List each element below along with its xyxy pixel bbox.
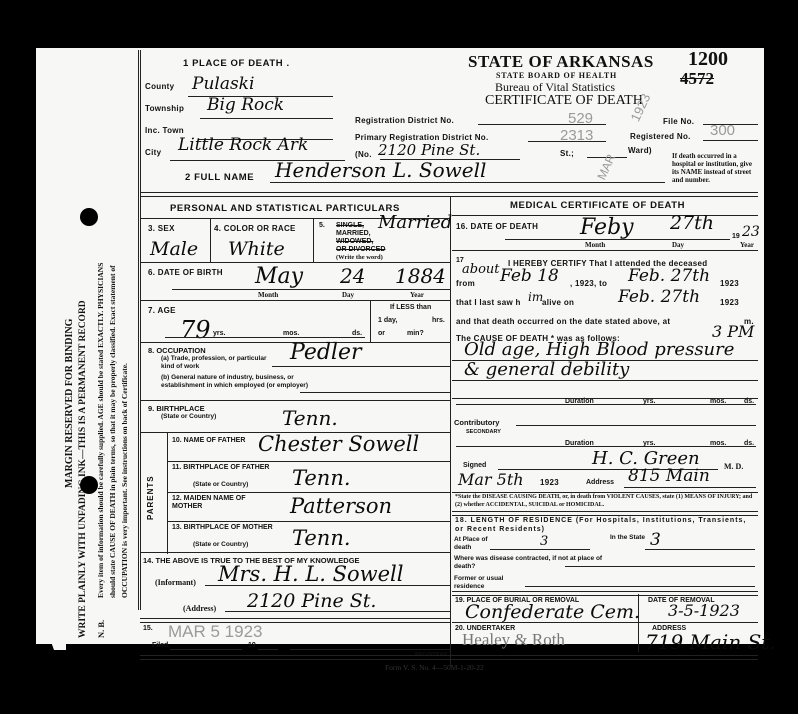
last-saw-pronoun: im <box>528 290 543 304</box>
min-label: min? <box>407 330 424 337</box>
undertaker-address-value: 719 Main St. <box>645 630 776 654</box>
signed-year: 1923 <box>540 478 559 487</box>
mother-name-value: Patterson <box>290 494 392 518</box>
contracted-label: Where was disease contracted, if not at … <box>454 555 604 570</box>
father-birthplace-value: Tenn. <box>292 466 351 490</box>
registration-district-label: Registration District No. <box>355 116 454 125</box>
dod-day: 27th <box>670 212 714 234</box>
filed-stamp: MAR 5 1923 <box>168 622 263 642</box>
father-birthplace-label: 11. BIRTHPLACE OF FATHER <box>172 464 282 472</box>
birthplace-hint: (State or Country) <box>161 413 216 420</box>
or-label: or <box>378 330 385 337</box>
occupation-value: Pedler <box>290 340 362 365</box>
informant-address-label: (Address) <box>183 604 216 613</box>
duration-yrs-2: yrs. <box>643 440 655 447</box>
from-year: , 1923, to <box>570 279 607 288</box>
age-years: 79 <box>180 316 211 344</box>
write-plainly-text: WRITE PLAINLY WITH UNFADING INK—THIS IS … <box>78 300 88 638</box>
death-occurred-text: and that death occurred on the date stat… <box>456 317 670 326</box>
age-yrs-caption: yrs. <box>213 330 225 337</box>
dob-label: 6. DATE OF BIRTH <box>148 268 223 277</box>
marital-widowed: WIDOWED, <box>336 238 373 245</box>
form-number: Form V. S. No. 4—50M-1-20-22 <box>385 663 484 672</box>
to-date: Feb. 27th <box>628 266 710 286</box>
informant-label: (Informant) <box>155 578 196 587</box>
last-saw-text: that I last saw h <box>456 298 521 307</box>
nb-line-3: OCCUPATION is very important. See instru… <box>120 363 129 598</box>
in-state-label: In the State <box>610 534 650 542</box>
father-birthplace-hint: (State or Country) <box>193 481 248 488</box>
duration-ds-2: ds. <box>744 440 754 447</box>
marital-single: SINGLE, <box>336 222 364 229</box>
dod-day-caption: Day <box>672 241 684 249</box>
nb-line-2: should state CAUSE OF DEATH in plain ter… <box>108 265 117 598</box>
signed-date: Mar 5th <box>458 470 524 489</box>
board-of-health: STATE BOARD OF HEALTH <box>496 71 617 80</box>
full-name-value: Henderson L. Sowell <box>275 158 486 182</box>
nb-line-1: Every item of information should be care… <box>96 263 105 598</box>
dob-month-caption: Month <box>258 291 278 299</box>
dob-year: 1884 <box>395 264 446 288</box>
dod-month: Feby <box>580 215 634 240</box>
dod-year-prefix: 19 <box>732 233 740 240</box>
burial-value: Confederate Cem. <box>465 601 640 623</box>
personal-heading: PERSONAL AND STATISTICAL PARTICULARS <box>170 203 400 214</box>
city-value: Little Rock Ark <box>178 135 308 155</box>
last-saw-year: 1923 <box>720 298 739 307</box>
township-label: Township <box>145 104 184 113</box>
undertaker-value: Healey & Roth <box>462 630 565 650</box>
margin-reserved-text: MARGIN RESERVED FOR BINDING <box>64 319 75 488</box>
header-divider <box>140 192 758 197</box>
at-place-mos: 3 <box>540 534 548 549</box>
occupation-label: 8. OCCUPATION <box>148 346 206 355</box>
marital-number: 5. <box>319 222 325 229</box>
sex-value: Male <box>150 238 198 260</box>
township-value: Big Rock <box>207 95 284 115</box>
mother-name-label: 12. MAIDEN NAME OF MOTHER <box>172 495 262 511</box>
duration-mos-2: mos. <box>710 440 726 447</box>
primary-registration-value: 2313 <box>560 127 593 144</box>
contributory-label: Contributory <box>454 418 499 427</box>
dob-year-caption: Year <box>410 291 424 299</box>
former-residence-label: Former or usual residence <box>454 575 524 590</box>
physician-address-label: Address <box>586 479 614 486</box>
city-label: City <box>145 148 161 157</box>
dob-month: May <box>255 264 303 289</box>
less-than-label: If LESS than <box>390 304 431 311</box>
father-name-label: 10. NAME OF FATHER <box>172 437 252 445</box>
duration-mos-1: mos. <box>710 398 726 405</box>
race-label: 4. COLOR OR RACE <box>214 224 296 233</box>
certificate-title: CERTIFICATE OF DEATH <box>485 93 643 109</box>
race-value: White <box>228 238 285 260</box>
sex-label: 3. SEX <box>148 224 175 233</box>
dod-year: 23 <box>742 224 760 240</box>
md-label: M. D. <box>724 462 743 471</box>
age-mos-caption: mos. <box>283 330 299 337</box>
cause-line-2: & general debility <box>464 359 629 380</box>
st-label: St.; <box>560 149 574 158</box>
marital-hint: (Write the word) <box>336 254 383 261</box>
removal-date-value: 3-5-1923 <box>668 601 740 620</box>
punch-hole-top <box>80 208 98 226</box>
nb-label: N. B. <box>96 620 106 638</box>
struck-number: 4572 <box>680 69 714 89</box>
last-saw-date: Feb. 27th <box>618 287 700 307</box>
to-year: 1923 <box>720 279 739 288</box>
marital-value: Married <box>378 212 452 233</box>
duration-yrs-1: yrs. <box>643 398 655 405</box>
binding-margin: MARGIN RESERVED FOR BINDING WRITE PLAINL… <box>36 48 136 644</box>
punch-hole-bottom <box>80 476 98 494</box>
dod-month-caption: Month <box>585 241 605 249</box>
filed-label: Filed, <box>152 642 170 649</box>
medical-heading: MEDICAL CERTIFICATE OF DEATH <box>510 200 685 211</box>
parents-label: PARENTS <box>146 475 155 520</box>
cause-line-1: Old age, High Blood pressure <box>464 339 734 360</box>
hospital-note: If death occurred in a hospital or insti… <box>672 152 760 184</box>
inc-town-label: Inc. Town <box>145 126 184 135</box>
father-name-value: Chester Sowell <box>258 432 419 456</box>
registered-no-value: 300 <box>710 122 735 139</box>
dod-label: 16. DATE OF DEATH <box>456 222 538 231</box>
age-label: 7. AGE <box>148 306 176 315</box>
marital-married: MARRIED, <box>336 230 371 237</box>
dob-day: 24 <box>340 264 365 288</box>
full-name-label: 2 FULL NAME <box>185 172 254 183</box>
in-state-yrs: 3 <box>650 530 661 550</box>
marital-divorced: OR DIVORCED <box>336 246 385 253</box>
occupation-a-label: (a) Trade, profession, or particular kin… <box>161 355 271 371</box>
registered-no-label: Registered No. <box>630 132 691 141</box>
dob-day-caption: Day <box>342 291 354 299</box>
informant-address-value: 2120 Pine St. <box>247 590 376 612</box>
mother-birthplace-label: 13. BIRTHPLACE OF MOTHER <box>172 524 282 532</box>
from-label: from <box>456 279 475 288</box>
cause-footnote: *State the DISEASE CAUSING DEATH, or, in… <box>455 494 755 509</box>
one-day-label: 1 day, <box>378 317 397 324</box>
occupation-b-label: (b) General nature of industry, business… <box>161 374 311 390</box>
filed-19: 19 <box>248 642 256 649</box>
about-text: about <box>462 262 500 277</box>
age-ds-caption: ds. <box>352 330 362 337</box>
place-of-death-label: 1 PLACE OF DEATH . <box>183 58 290 69</box>
dod-year-caption: Year <box>740 241 754 249</box>
street-value: 2120 Pine St. <box>378 141 480 159</box>
county-value: Pulaski <box>192 74 254 94</box>
alive-on-text: alive on <box>542 298 574 307</box>
mother-birthplace-hint: (State or Country) <box>193 541 248 548</box>
file-no-label: File No. <box>663 117 694 126</box>
duration-label-1: Duration <box>565 398 594 405</box>
duration-ds-1: ds. <box>744 398 754 405</box>
county-label: County <box>145 82 174 91</box>
filed-number: 15. <box>143 625 153 632</box>
ward-label: Ward) <box>628 146 652 155</box>
signed-label: Signed <box>463 462 486 469</box>
certificate-number: 1200 <box>688 48 728 71</box>
duration-label-2: Duration <box>565 440 594 447</box>
mother-birthplace-value: Tenn. <box>292 526 351 550</box>
registration-district-value: 529 <box>568 110 593 127</box>
from-date: Feb 18 <box>500 266 559 286</box>
secondary-label: SECONDARY <box>466 429 501 435</box>
birthplace-label: 9. BIRTHPLACE <box>148 404 205 413</box>
residence-label: 18. LENGTH OF RESIDENCE (For Hospitals, … <box>455 517 755 534</box>
birthplace-value: Tenn. <box>282 406 338 430</box>
informant-value: Mrs. H. L. Sowell <box>218 562 404 586</box>
hrs-label: hrs. <box>432 317 445 324</box>
physician-address-value: 815 Main <box>628 466 710 486</box>
state-title: STATE OF ARKANSAS <box>468 52 654 72</box>
